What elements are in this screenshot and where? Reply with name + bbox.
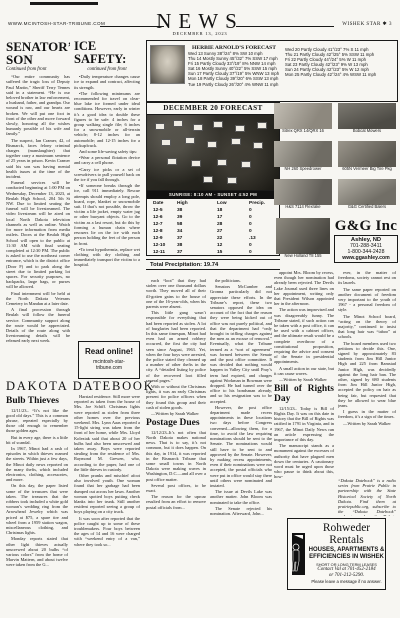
read-online-ad: Read online! mcintosh-star-tribune.com: [78, 341, 140, 379]
door-person-icon: [291, 533, 307, 575]
paragraph: However, the post office department made…: [210, 405, 272, 488]
paragraph: The board members used two petitions to …: [338, 341, 396, 409]
us-weather-map: [147, 115, 279, 191]
datebook-section-title: DAKOTA DATEBOOK: [6, 379, 142, 394]
history-table-header: Date High Low Precip.: [153, 200, 275, 207]
paragraph: appoint Mrs. Bloom by recess, even thoug…: [274, 270, 334, 306]
paragraph: •If someone breaks through the ice, call…: [74, 183, 140, 245]
rohweder-ad: Rohweder Rentals HOUSES, APARTMENTS & EF…: [287, 518, 386, 590]
gg-contact-box: Ashley, ND 701-288-3411 1-800-344-2428 w…: [334, 235, 398, 263]
issue-date: DECEMBER 13, 2023: [150, 31, 250, 36]
paragraph: The Minot School board, “acting on the t…: [338, 314, 396, 340]
paragraph: •The following minimums are recommended …: [74, 91, 140, 148]
gg-logo: G&G Inc: [334, 218, 398, 234]
tractor-caption: New Holland T8 155: [276, 254, 330, 259]
paragraph: 12/15/23– Today is Bill of Rights Day. I…: [274, 406, 334, 442]
paragraph: With or without the Christmas lights, it…: [146, 384, 206, 410]
postage-dues-headline: Postage Dues: [146, 418, 206, 428]
forecast-week2: Wed 20 Partly Cloudy 41°/23° 7% S 11 mph…: [285, 47, 395, 78]
article-ice-safety: ICE SAFETY: continued from front •Daily …: [74, 40, 140, 340]
paragraph: each “loot” that they had stolen over on…: [146, 278, 206, 309]
senators-son-headline: SENATOR’S SON: [6, 40, 70, 66]
rohweder-line2: EFFICIENCIES IN WISHEK: [308, 554, 385, 561]
paragraph: Several post offices, to be exact.: [146, 483, 206, 493]
weather-forecast-box: HERBIE ARNOLD’S FORECAST Wed 13 Sunny 38…: [146, 40, 398, 102]
tractor-photo: [276, 218, 330, 254]
sunrise-sunset-bar: SUNRISE: 8:10 AM - SUNSET 4:52 PM: [147, 191, 279, 199]
bill-of-rights-body: 12/15/23– Today is Bill of Rights Day. I…: [274, 406, 334, 480]
paragraph: A small action in our state, but it can …: [274, 366, 334, 376]
datebook-credit: “Dakota Datebook” is a radio series from…: [338, 478, 396, 516]
product-caption: Sitrex QRX 14/QRX 16: [274, 129, 332, 134]
table-row: 12-834 270: [153, 228, 275, 235]
read-online-url: mcintosh-star-tribune.com: [79, 359, 139, 371]
ice-safety-body: •Daily temperature changes cause ice to …: [74, 74, 140, 267]
table-row: 12-538 180: [153, 207, 275, 214]
datebook-col-f: ever, in the matter of freedoms, society…: [338, 270, 396, 480]
paragraph: A final procession through Beulah will f…: [6, 307, 70, 343]
datebook-col-d: the politicians.Senators McCumber and Gr…: [210, 278, 272, 612]
rohweder-line4: Contact Val at 701-452-2184: [308, 567, 385, 573]
ice-safety-kicker: continued from front: [74, 67, 140, 72]
paragraph: The manuscript stands as a monument agai…: [274, 443, 334, 479]
paragraph: Funeral services will be conducted begin…: [6, 180, 70, 289]
paragraph: “Our entire community has suffered the t…: [6, 74, 70, 136]
table-row: 12-1038 120: [153, 242, 275, 249]
herbie-arnold-photo: [150, 45, 185, 84]
paragraph: Harstad residence. Still more were repor…: [74, 394, 140, 472]
paragraph: Other pranks and mischief afoot also inv…: [74, 473, 140, 515]
paragraph: The issue at Devils Lake was another mat…: [210, 489, 272, 505]
ice-safety-headline: ICE SAFETY:: [74, 40, 140, 66]
read-online-headline: Read online!: [79, 347, 139, 356]
bill-of-rights-headline: Bill of Rights Day: [274, 384, 334, 404]
product-photo: [338, 103, 396, 129]
bulb-thieves-col-b: Harstad residence. Still more were repor…: [74, 394, 140, 612]
paragraph: Monday reports stated that other light t…: [6, 536, 68, 567]
paragraph: In 1967, Minot had a rash of episodes in…: [6, 446, 68, 482]
paragraph: —Written by Sarah Walker: [146, 411, 206, 416]
paragraph: —Written by Sarah Walker: [338, 421, 396, 426]
product-photo: [338, 179, 396, 205]
product-caption: H&S 7114 Flexrake: [274, 205, 332, 210]
paragraph: •Carry ice picks or a set of screwdriver…: [74, 167, 140, 183]
paragraph: —Written by Sarah Walker: [274, 377, 334, 382]
paragraph: But in every age, there is a little bit …: [6, 435, 68, 445]
december-forecast-module: DECEMBER 20 FORECAST SUNRISE: 8:10 AM - …: [146, 102, 280, 256]
paragraph: On this day, the paper listed some of th…: [6, 483, 68, 535]
rohweder-line1: HOUSES, APARTMENTS &: [308, 547, 385, 554]
paragraph: •Daily temperature changes cause ice to …: [74, 74, 140, 90]
bulb-thieves-col-a: 12/11/23– “It’s not like the good old da…: [6, 408, 68, 568]
paragraph: 12/12/23–It’s not often that North Dakot…: [146, 430, 206, 482]
datebook-col-c: each “loot” that they had stolen over on…: [146, 278, 206, 612]
total-precipitation: Total Precipitation: 19.74: [146, 259, 280, 270]
product-caption: Bobcat Mowers: [338, 129, 396, 134]
history-table-rows: 12-538 180 12-639 170 12-758 280 12-834 …: [153, 207, 275, 256]
paragraph: And some life-saving safety tips:: [74, 149, 140, 154]
gg-ad: Sitrex QRX 14/QRX 16 Bobcat Mowers NH 26…: [274, 103, 398, 266]
postage-dues-col-e: appoint Mrs. Bloom by recess, even thoug…: [274, 270, 334, 382]
article-senators-son: SENATOR’S SON Continued from front “Our …: [6, 40, 70, 376]
paragraph: The suspect, Ian Cramer, 42, of Bismarck…: [6, 138, 70, 180]
folio-line: WISHEK STAR ✱ 3: [300, 21, 392, 27]
product-photo: [274, 141, 332, 167]
paragraph: Final internment will be held at the Nor…: [6, 291, 70, 307]
table-row: 12-758 280: [153, 221, 275, 228]
rohweder-line5: or 701-212-5290.: [308, 573, 385, 579]
forecast-line: Mon 25 Partly Cloudy 42°/24° 4% WSW 11 m…: [285, 72, 395, 77]
article-bulb-thieves: Bulb Thieves 12/11/23– “It’s not like th…: [6, 394, 68, 612]
bulb-thieves-headline: Bulb Thieves: [6, 396, 68, 406]
product-photo: [274, 179, 332, 205]
table-row: 12-937 22.13: [153, 235, 275, 242]
paragraph: the politicians.: [210, 278, 272, 283]
newspaper-page: WWW.MCINTOSH-STAR-TRIBUNE.COM NEWS DECEM…: [0, 0, 400, 618]
masthead-url: WWW.MCINTOSH-STAR-TRIBUNE.COM: [8, 21, 105, 26]
paragraph: ever, in the matter of freedoms, society…: [338, 270, 396, 286]
senators-son-kicker: Continued from front: [6, 67, 70, 72]
paragraph: I guess in the matter of freedom, it’s a…: [338, 409, 396, 419]
product-photo: [338, 141, 396, 167]
paragraph: The Senate rejected his nomination. Afte…: [210, 506, 272, 516]
paragraph: It was soon after reported that the poli…: [74, 516, 140, 547]
gg-website: www.ggashley.com: [335, 255, 397, 261]
product-caption: 605N Vermeer Big Tire Pkg: [338, 167, 396, 172]
paragraph: 12/11/23– “It’s not like the good old da…: [6, 408, 68, 434]
table-row: 12-1137 150: [153, 249, 275, 256]
rohweder-title: Rohweder Rentals: [308, 522, 385, 546]
paragraph: The same paper reported on another docum…: [338, 287, 396, 313]
rohweder-line6: Please leave a message if no answer.: [308, 579, 385, 584]
postage-dues-col-c: 12/12/23–It’s not often that North Dakot…: [146, 430, 206, 510]
paragraph: Senators McCumber and Gronna particularl…: [210, 284, 272, 404]
bulb-thieves-col-c: each “loot” that they had stolen over on…: [146, 278, 206, 416]
senators-son-body: “Our entire community has suffered the t…: [6, 74, 70, 343]
product-caption: NH 260 Speedrower: [274, 167, 332, 172]
product-caption: G&G Certified Balers: [338, 205, 396, 210]
paragraph: The action was improvised and was disagr…: [274, 307, 334, 364]
paragraph: This little gang wasn’t responsible for …: [146, 310, 206, 383]
table-row: 12-639 170: [153, 214, 275, 221]
page-edge-mark: [30, 2, 98, 5]
product-photo: [274, 103, 332, 129]
paragraph: •To treat hypothermia, replace wet cloth…: [74, 247, 140, 268]
paragraph: •Wear a personal flotation device and ca…: [74, 155, 140, 165]
paragraph: The reason for the uproar resulted from …: [146, 494, 206, 510]
december-forecast-title: DECEMBER 20 FORECAST: [147, 103, 279, 115]
